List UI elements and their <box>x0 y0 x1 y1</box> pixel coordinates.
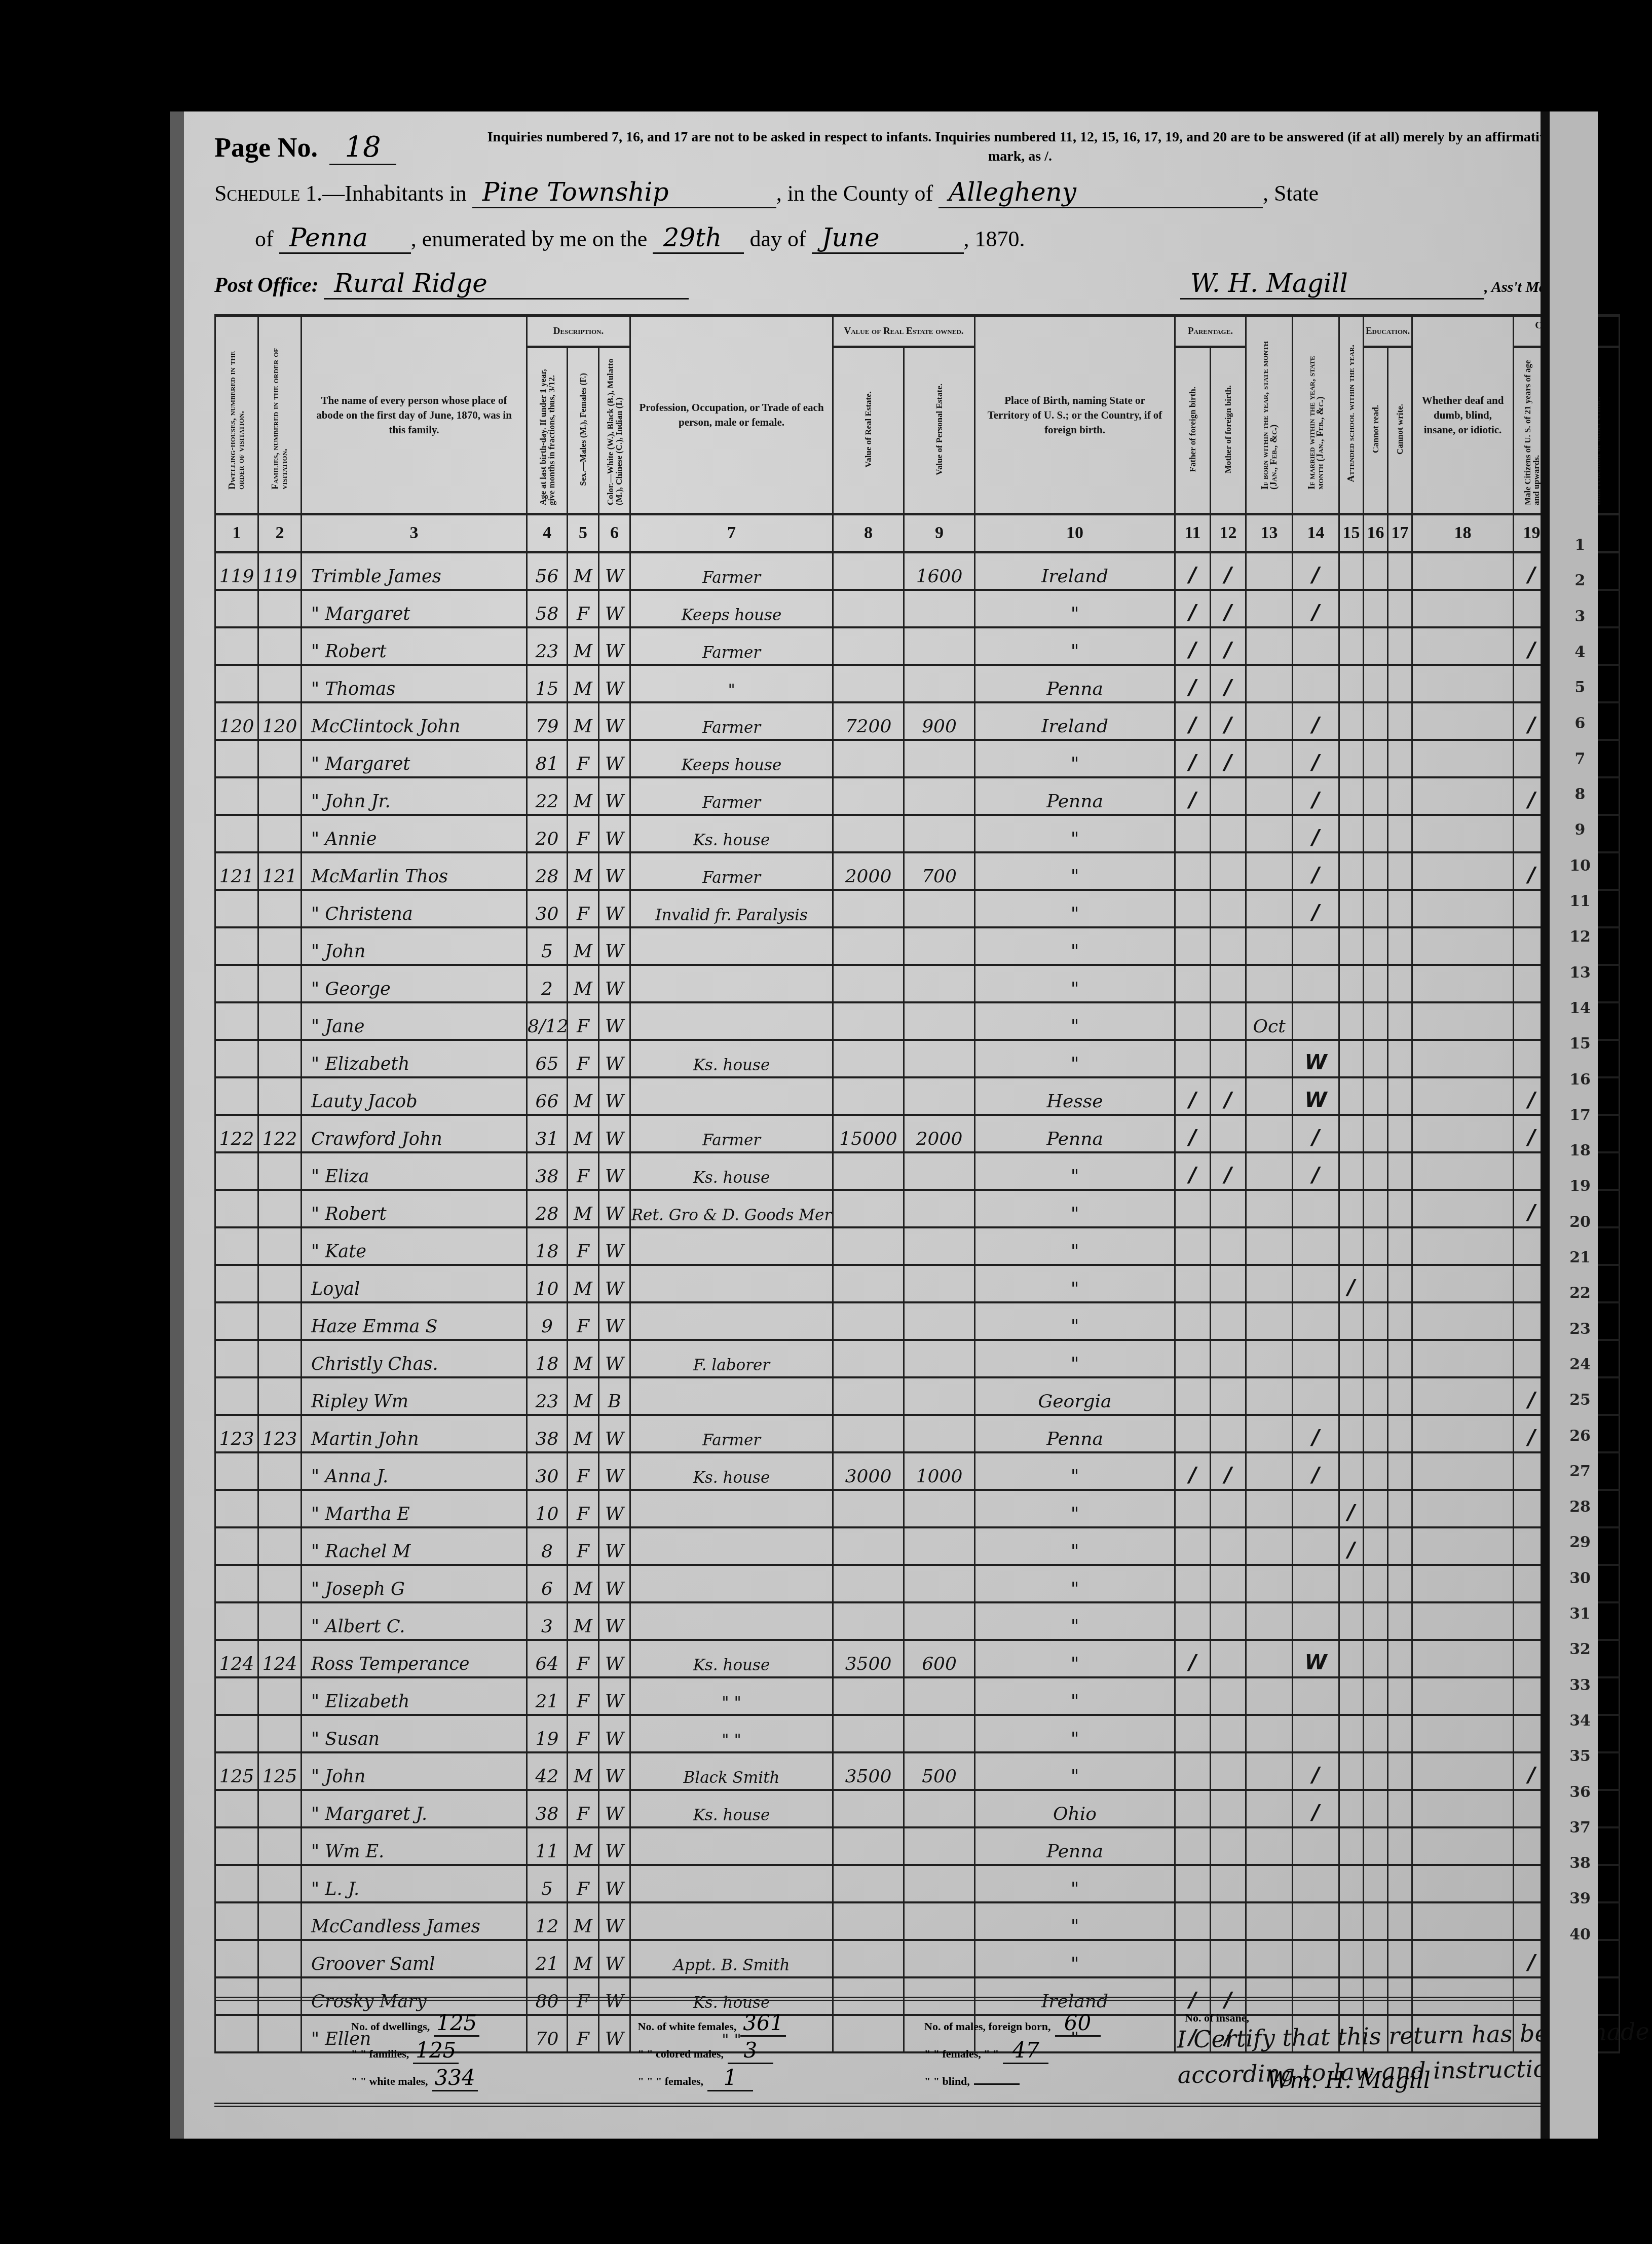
disability <box>1412 1940 1514 1977</box>
sex: M <box>568 1602 599 1640</box>
personal-estate-value <box>904 1527 975 1565</box>
personal-estate-value <box>904 1677 975 1715</box>
table-row: Haze Emma S9FW" <box>215 1302 1620 1340</box>
cannot-write-mark <box>1388 852 1412 890</box>
sex: F <box>568 890 599 927</box>
table-row: Christly Chas.18MWF. laborer" <box>215 1340 1620 1377</box>
disability <box>1412 1077 1514 1115</box>
disability <box>1412 1602 1514 1640</box>
age: 42 <box>527 1752 568 1790</box>
birthplace: " <box>975 1715 1175 1752</box>
occupation: Appt. B. Smith <box>630 1940 833 1977</box>
occupation: F. laborer <box>630 1340 833 1377</box>
birthplace: Penna <box>975 1415 1175 1452</box>
age: 38 <box>527 1790 568 1827</box>
column-number: 15 <box>1339 514 1364 552</box>
color: B <box>599 1377 630 1415</box>
enumerated-label: , enumerated by me on the <box>411 227 648 251</box>
birthplace: " <box>975 1940 1175 1977</box>
birthplace: " <box>975 590 1175 627</box>
married-month: / <box>1293 1790 1339 1827</box>
father-foreign-mark: / <box>1175 627 1211 665</box>
birthplace: " <box>975 815 1175 852</box>
cannot-read-mark <box>1364 1265 1388 1302</box>
age: 18 <box>527 1227 568 1265</box>
mother-foreign-mark: / <box>1211 590 1246 627</box>
cannot-read-mark <box>1364 1002 1388 1040</box>
col-header-7: Profession, Occupation, or Trade of each… <box>630 316 833 514</box>
day-field: 29th <box>653 223 744 254</box>
cannot-read-mark <box>1364 1565 1388 1602</box>
occupation: Farmer <box>630 1415 833 1452</box>
real-estate-value <box>833 1077 904 1115</box>
cannot-write-mark <box>1388 1002 1412 1040</box>
color: W <box>599 665 630 702</box>
col-header-12: Mother of foreign birth. <box>1211 347 1246 514</box>
disability <box>1412 1865 1514 1902</box>
margin-line-number: 12 <box>1565 928 1595 946</box>
married-month: / <box>1293 777 1339 815</box>
family-number: 121 <box>258 852 302 890</box>
age: 10 <box>527 1265 568 1302</box>
person-name: Loyal <box>302 1265 527 1302</box>
birthplace: " <box>975 1640 1175 1677</box>
cannot-write-mark <box>1388 965 1412 1002</box>
real-estate-value: 15000 <box>833 1115 904 1152</box>
dwelling-number <box>215 1790 258 1827</box>
personal-estate-value <box>904 1302 975 1340</box>
person-name: Martin John <box>302 1415 527 1452</box>
family-number <box>258 590 302 627</box>
born-month <box>1246 1302 1293 1340</box>
margin-line-number: 17 <box>1565 1106 1595 1124</box>
school-mark <box>1339 1340 1364 1377</box>
color: W <box>599 1902 630 1940</box>
sex: M <box>568 1902 599 1940</box>
family-number: 125 <box>258 1752 302 1790</box>
disability <box>1412 1415 1514 1452</box>
color: W <box>599 777 630 815</box>
cannot-write-mark <box>1388 1265 1412 1302</box>
occupation <box>630 1077 833 1115</box>
cannot-read-mark <box>1364 1602 1388 1640</box>
col-header-16: Cannot read. <box>1364 347 1388 514</box>
birthplace: " <box>975 1452 1175 1490</box>
cannot-write-mark <box>1388 1565 1412 1602</box>
father-foreign-mark <box>1175 1302 1211 1340</box>
families-label: " " families, <box>351 2047 409 2060</box>
cannot-write-mark <box>1388 1190 1412 1227</box>
mother-foreign-mark <box>1211 1002 1246 1040</box>
color: W <box>599 1827 630 1865</box>
family-number <box>258 1565 302 1602</box>
person-name: " Robert <box>302 1190 527 1227</box>
married-month: W <box>1293 1640 1339 1677</box>
school-mark <box>1339 1715 1364 1752</box>
cannot-read-mark <box>1364 1827 1388 1865</box>
margin-line-number: 15 <box>1565 1035 1595 1053</box>
disability <box>1412 627 1514 665</box>
occupation: Farmer <box>630 1115 833 1152</box>
birthplace: " <box>975 927 1175 965</box>
dwelling-number <box>215 1827 258 1865</box>
real-estate-value <box>833 1565 904 1602</box>
dwelling-number <box>215 1152 258 1190</box>
school-mark <box>1339 1040 1364 1077</box>
person-name: " Susan <box>302 1715 527 1752</box>
married-month: / <box>1293 590 1339 627</box>
age: 23 <box>527 627 568 665</box>
person-name: " Thomas <box>302 665 527 702</box>
disability <box>1412 1115 1514 1152</box>
mother-foreign-mark <box>1211 1415 1246 1452</box>
margin-line-number: 10 <box>1565 857 1595 875</box>
dwelling-number <box>215 1565 258 1602</box>
personal-estate-value: 700 <box>904 852 975 890</box>
disability <box>1412 1490 1514 1527</box>
sex: M <box>568 852 599 890</box>
occupation: Ks. house <box>630 1452 833 1490</box>
school-mark <box>1339 552 1364 590</box>
father-foreign-mark <box>1175 815 1211 852</box>
margin-line-number: 1 <box>1565 536 1595 554</box>
color: W <box>599 1302 630 1340</box>
color: W <box>599 965 630 1002</box>
age: 19 <box>527 1715 568 1752</box>
born-month <box>1246 1565 1293 1602</box>
disability <box>1412 927 1514 965</box>
real-estate-value <box>833 1527 904 1565</box>
table-row: " Eliza38FWKs. house"/// <box>215 1152 1620 1190</box>
cannot-write-mark <box>1388 590 1412 627</box>
mother-foreign-mark <box>1211 1602 1246 1640</box>
table-row: " Anna J.30FWKs. house30001000"/// <box>215 1452 1620 1490</box>
age: 79 <box>527 702 568 740</box>
born-month <box>1246 1827 1293 1865</box>
personal-estate-value <box>904 1265 975 1302</box>
mother-foreign-mark <box>1211 1640 1246 1677</box>
table-row: 123123Martin John38MWFarmerPenna// <box>215 1415 1620 1452</box>
married-month: W <box>1293 1040 1339 1077</box>
occupation: " " <box>630 1677 833 1715</box>
age: 8 <box>527 1527 568 1565</box>
family-number <box>258 1040 302 1077</box>
table-row: " Susan19FW" "" <box>215 1715 1620 1752</box>
father-foreign-mark: / <box>1175 590 1211 627</box>
disability <box>1412 1340 1514 1377</box>
real-estate-value <box>833 1790 904 1827</box>
colored-males-count: 3 <box>728 2038 773 2064</box>
personal-estate-value <box>904 1002 975 1040</box>
school-mark <box>1339 1415 1364 1452</box>
disability <box>1412 1302 1514 1340</box>
sex: F <box>568 1527 599 1565</box>
father-foreign-mark <box>1175 1827 1211 1865</box>
personal-estate-value: 500 <box>904 1752 975 1790</box>
cannot-write-mark <box>1388 927 1412 965</box>
personal-estate-value <box>904 1602 975 1640</box>
father-foreign-mark <box>1175 1227 1211 1265</box>
disability <box>1412 552 1514 590</box>
school-mark: / <box>1339 1490 1364 1527</box>
cannot-write-mark <box>1388 1715 1412 1752</box>
person-name: Trimble James <box>302 552 527 590</box>
disability <box>1412 1002 1514 1040</box>
married-month: / <box>1293 852 1339 890</box>
dwelling-number: 124 <box>215 1640 258 1677</box>
disability <box>1412 740 1514 777</box>
disability <box>1412 1377 1514 1415</box>
table-row: McCandless James12MW" <box>215 1902 1620 1940</box>
color: W <box>599 1677 630 1715</box>
col-header-17: Cannot write. <box>1388 347 1412 514</box>
margin-line-number: 32 <box>1565 1640 1595 1658</box>
table-row: " John5MW" <box>215 927 1620 965</box>
father-foreign-mark <box>1175 1527 1211 1565</box>
real-estate-value: 7200 <box>833 702 904 740</box>
margin-line-number: 31 <box>1565 1605 1595 1623</box>
born-month <box>1246 1340 1293 1377</box>
school-mark <box>1339 1677 1364 1715</box>
table-row: 125125" John42MWBlack Smith3500500"// <box>215 1752 1620 1790</box>
color: W <box>599 815 630 852</box>
person-name: " Jane <box>302 1002 527 1040</box>
person-name: Lauty Jacob <box>302 1077 527 1115</box>
table-row: Groover Saml21MWAppt. B. Smith"/ <box>215 1940 1620 1977</box>
cannot-read-mark <box>1364 1752 1388 1790</box>
cannot-write-mark <box>1388 1790 1412 1827</box>
line-number-margin: 1234567891011121314151617181920212223242… <box>1541 111 1598 2139</box>
sex: F <box>568 815 599 852</box>
day-of-label: day of <box>749 227 806 251</box>
col-header-13: If born within the year, state month (Ja… <box>1246 316 1293 514</box>
col-header-14: If married within the year, state month … <box>1293 316 1339 514</box>
birthplace: " <box>975 627 1175 665</box>
real-estate-value <box>833 665 904 702</box>
col-header-3: The name of every person whose place of … <box>302 316 527 514</box>
father-foreign-mark <box>1175 965 1211 1002</box>
family-number <box>258 1790 302 1827</box>
personal-estate-value: 1600 <box>904 552 975 590</box>
birthplace: Penna <box>975 1115 1175 1152</box>
color: W <box>599 1190 630 1227</box>
table-row: " Martha E10FW"/ <box>215 1490 1620 1527</box>
school-mark <box>1339 1902 1364 1940</box>
color: W <box>599 1490 630 1527</box>
col-header-5: Sex.—Males (M.), Females (F.) <box>568 347 599 514</box>
married-month: / <box>1293 1415 1339 1452</box>
birthplace: " <box>975 1902 1175 1940</box>
age: 21 <box>527 1677 568 1715</box>
person-name: " L. J. <box>302 1865 527 1902</box>
mother-foreign-mark <box>1211 927 1246 965</box>
color: W <box>599 1227 630 1265</box>
age: 9 <box>527 1302 568 1340</box>
color: W <box>599 1715 630 1752</box>
cannot-write-mark <box>1388 1640 1412 1677</box>
table-row: " Margaret81FWKeeps house"/// <box>215 740 1620 777</box>
disability <box>1412 1677 1514 1715</box>
personal-estate-value <box>904 1377 975 1415</box>
disability <box>1412 777 1514 815</box>
sex: M <box>568 1377 599 1415</box>
table-row: " Robert23MWFarmer"/// <box>215 627 1620 665</box>
age: 22 <box>527 777 568 815</box>
cannot-read-mark <box>1364 740 1388 777</box>
occupation: Farmer <box>630 627 833 665</box>
sex: M <box>568 1190 599 1227</box>
table-row: Loyal10MW"/ <box>215 1265 1620 1302</box>
father-foreign-mark: / <box>1175 1115 1211 1152</box>
color: W <box>599 927 630 965</box>
dwelling-number <box>215 777 258 815</box>
margin-line-number: 5 <box>1565 679 1595 696</box>
cannot-read-mark <box>1364 1902 1388 1940</box>
cannot-read-mark <box>1364 1340 1388 1377</box>
family-number <box>258 927 302 965</box>
cannot-read-mark <box>1364 1227 1388 1265</box>
dwelling-number <box>215 1302 258 1340</box>
real-estate-value: 3000 <box>833 1452 904 1490</box>
cannot-read-mark <box>1364 1040 1388 1077</box>
column-number: 11 <box>1175 514 1211 552</box>
married-month: / <box>1293 552 1339 590</box>
cannot-write-mark <box>1388 1452 1412 1490</box>
married-month: / <box>1293 1115 1339 1152</box>
disability <box>1412 815 1514 852</box>
family-number <box>258 1152 302 1190</box>
inquiry-instructions: Inquiries numbered 7, 16, and 17 are not… <box>468 128 1572 166</box>
father-foreign-mark <box>1175 1377 1211 1415</box>
father-foreign-mark <box>1175 1040 1211 1077</box>
person-name: " Christena <box>302 890 527 927</box>
family-number <box>258 740 302 777</box>
family-number <box>258 1190 302 1227</box>
table-row: 119119Trimble James56MWFarmer1600Ireland… <box>215 552 1620 590</box>
married-month <box>1293 1227 1339 1265</box>
mother-foreign-mark: / <box>1211 1152 1246 1190</box>
table-row: 121121McMarlin Thos28MWFarmer2000700"// <box>215 852 1620 890</box>
dwellings-label: No. of dwellings, <box>351 2020 430 2033</box>
real-estate-value <box>833 1865 904 1902</box>
disability <box>1412 1565 1514 1602</box>
cannot-read-mark <box>1364 965 1388 1002</box>
disability <box>1412 665 1514 702</box>
real-estate-value <box>833 1302 904 1340</box>
occupation <box>630 1265 833 1302</box>
born-month <box>1246 1040 1293 1077</box>
real-estate-value <box>833 890 904 927</box>
birthplace: " <box>975 1565 1175 1602</box>
school-mark <box>1339 1565 1364 1602</box>
family-number <box>258 1715 302 1752</box>
disability <box>1412 702 1514 740</box>
father-foreign-mark <box>1175 1752 1211 1790</box>
dwelling-number <box>215 665 258 702</box>
father-foreign-mark <box>1175 1715 1211 1752</box>
personal-estate-value: 2000 <box>904 1115 975 1152</box>
personal-estate-value <box>904 665 975 702</box>
personal-estate-value <box>904 815 975 852</box>
color: W <box>599 552 630 590</box>
birthplace: Hesse <box>975 1077 1175 1115</box>
sex: F <box>568 1227 599 1265</box>
cannot-write-mark <box>1388 1940 1412 1977</box>
foreign-males-label: No. of males, foreign born, <box>924 2020 1051 2033</box>
cannot-write-mark <box>1388 1490 1412 1527</box>
sex: M <box>568 1415 599 1452</box>
color: W <box>599 1752 630 1790</box>
father-foreign-mark <box>1175 1190 1211 1227</box>
cannot-read-mark <box>1364 1865 1388 1902</box>
mother-foreign-mark <box>1211 1490 1246 1527</box>
born-month <box>1246 1227 1293 1265</box>
sex: M <box>568 1565 599 1602</box>
married-month: / <box>1293 1752 1339 1790</box>
post-office-line: Post Office: Rural Ridge W. H. Magill, A… <box>214 269 1583 300</box>
color: W <box>599 1865 630 1902</box>
born-month <box>1246 1790 1293 1827</box>
father-foreign-mark: / <box>1175 1152 1211 1190</box>
cannot-read-mark <box>1364 852 1388 890</box>
age: 65 <box>527 1040 568 1077</box>
occupation: Keeps house <box>630 740 833 777</box>
person-name: " George <box>302 965 527 1002</box>
person-name: " Elizabeth <box>302 1040 527 1077</box>
school-mark <box>1339 777 1364 815</box>
married-month <box>1293 927 1339 965</box>
person-name: " Joseph G <box>302 1565 527 1602</box>
census-table: Dwelling-houses, numbered in the order o… <box>214 314 1620 2053</box>
father-foreign-mark: / <box>1175 1077 1211 1115</box>
father-foreign-mark <box>1175 1790 1211 1827</box>
cannot-read-mark <box>1364 1490 1388 1527</box>
personal-estate-value <box>904 590 975 627</box>
person-name: Haze Emma S <box>302 1302 527 1340</box>
disability <box>1412 1265 1514 1302</box>
sex: F <box>568 740 599 777</box>
family-number <box>258 665 302 702</box>
mother-foreign-mark <box>1211 777 1246 815</box>
dwelling-number <box>215 1602 258 1640</box>
mother-foreign-mark <box>1211 890 1246 927</box>
mother-foreign-mark: / <box>1211 552 1246 590</box>
cannot-write-mark <box>1388 702 1412 740</box>
mother-foreign-mark <box>1211 1752 1246 1790</box>
marshal-name: W. H. Magill <box>1180 269 1484 300</box>
married-month <box>1293 1715 1339 1752</box>
married-month <box>1293 1340 1339 1377</box>
cannot-read-mark <box>1364 1190 1388 1227</box>
column-number: 9 <box>904 514 975 552</box>
table-row: 120120McClintock John79MWFarmer7200900Ir… <box>215 702 1620 740</box>
occupation: Farmer <box>630 852 833 890</box>
margin-line-number: 38 <box>1565 1854 1595 1872</box>
table-row: " Elizabeth21FW" "" <box>215 1677 1620 1715</box>
color: W <box>599 590 630 627</box>
personal-estate-value: 1000 <box>904 1452 975 1490</box>
sex: M <box>568 665 599 702</box>
married-month <box>1293 965 1339 1002</box>
table-row: " Thomas15MW"Penna// <box>215 665 1620 702</box>
cannot-read-mark <box>1364 1715 1388 1752</box>
schedule-line: Schedule 1.—Inhabitants in Pine Township… <box>214 177 1583 208</box>
sex: F <box>568 1490 599 1527</box>
marshal-block: W. H. Magill, Ass't Marshal. <box>1180 269 1583 300</box>
school-mark <box>1339 740 1364 777</box>
family-number <box>258 1865 302 1902</box>
occupation: Black Smith <box>630 1752 833 1790</box>
